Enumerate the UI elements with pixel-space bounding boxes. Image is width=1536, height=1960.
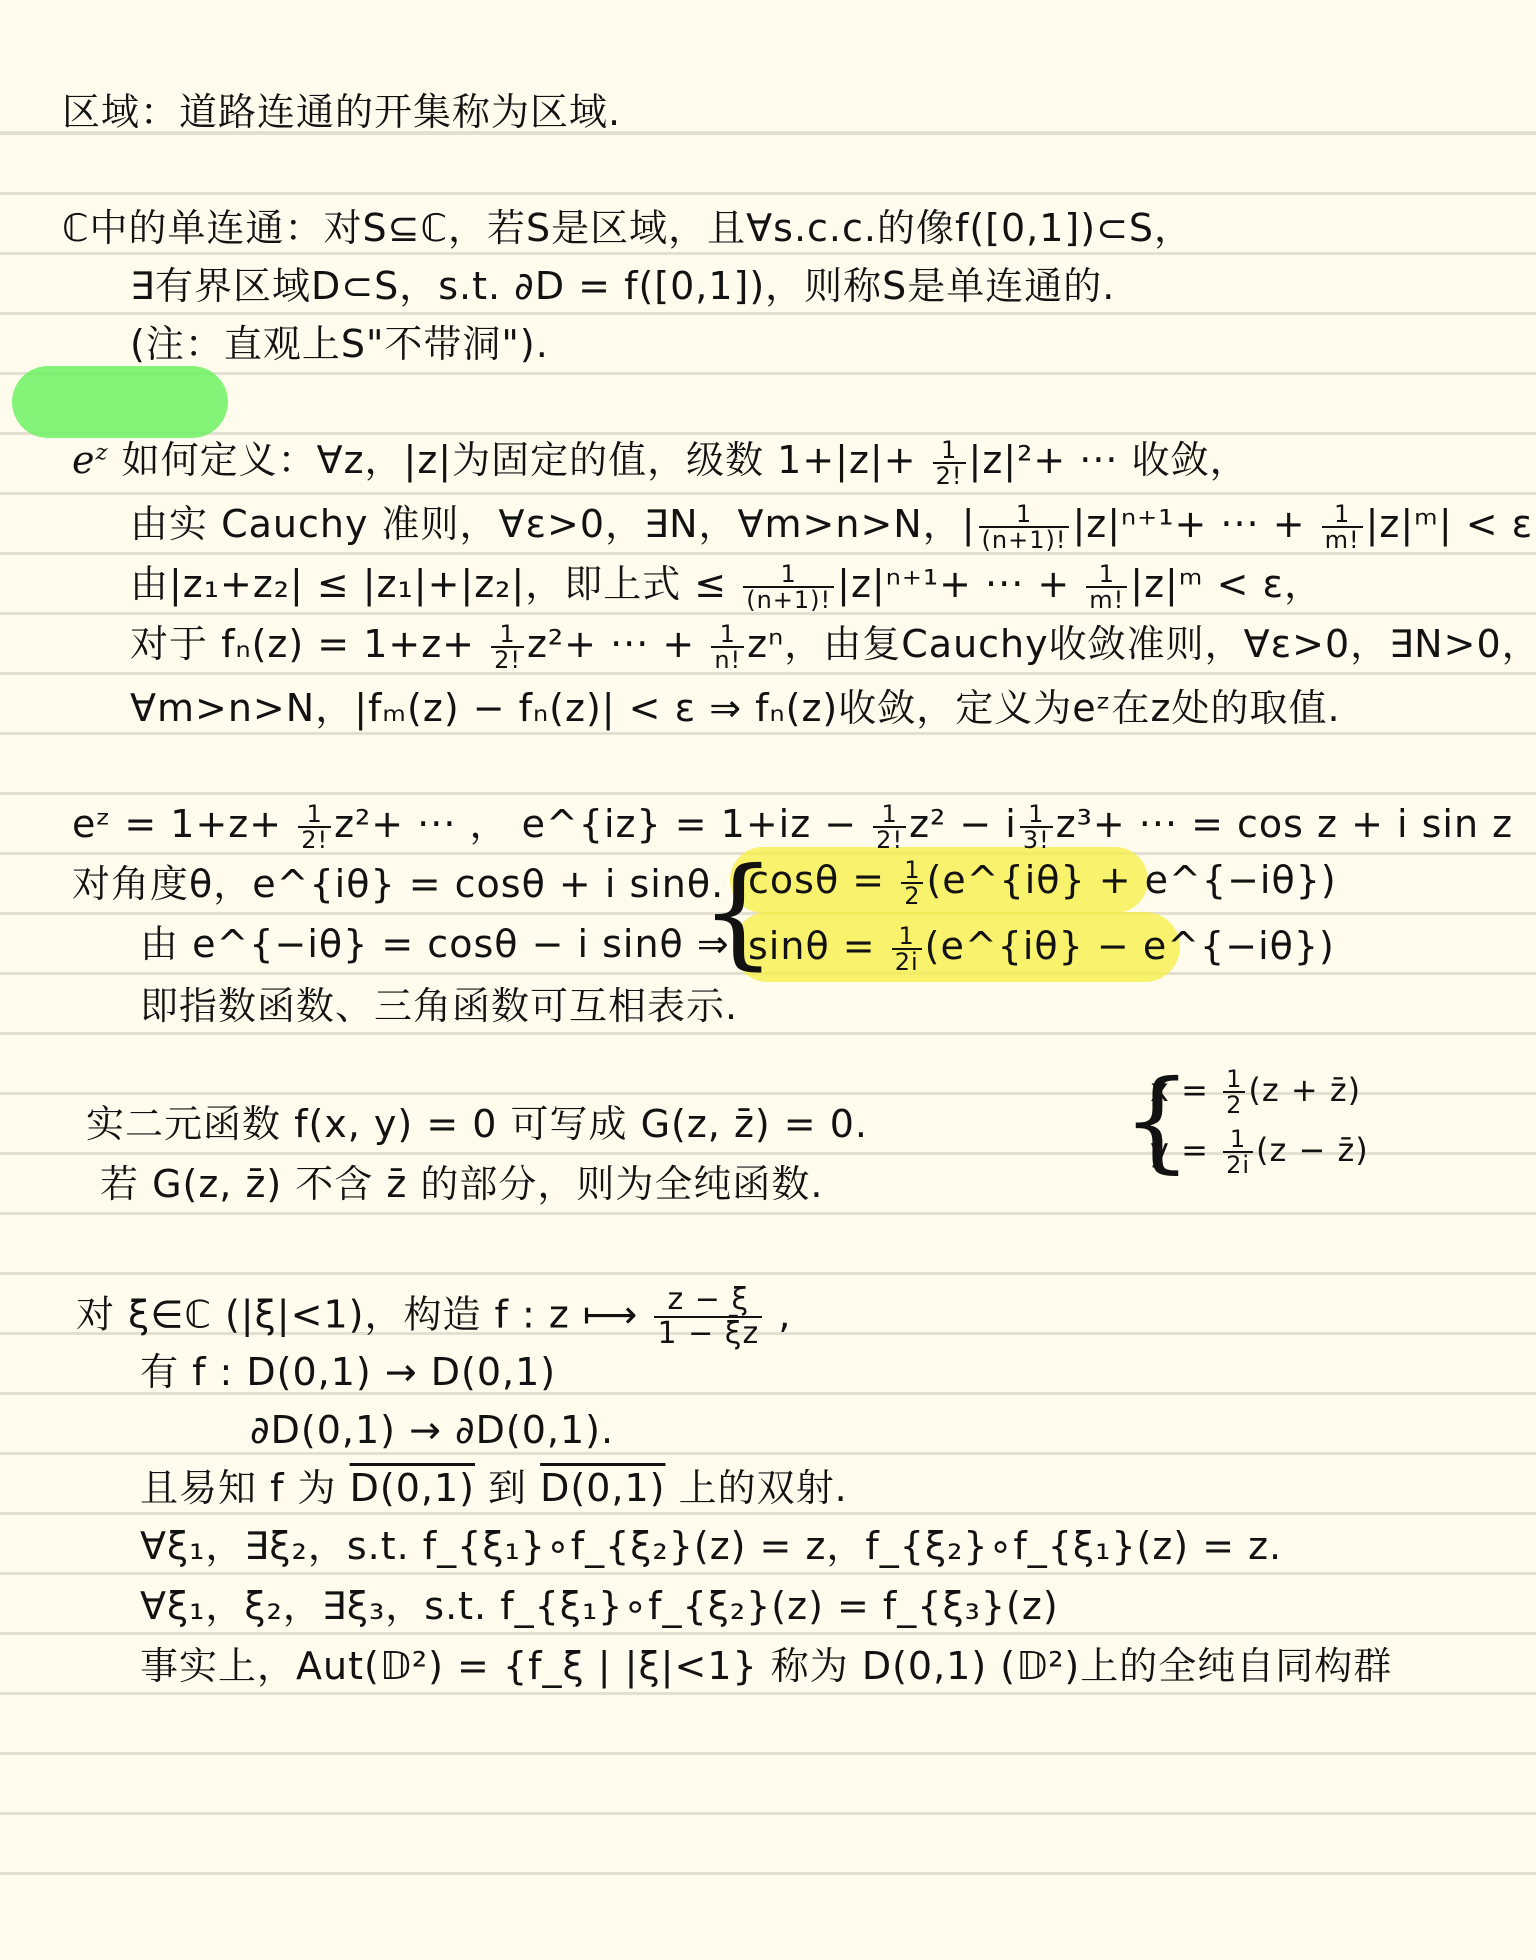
simply-connected-note: (注：直观上S"不带洞"). — [130, 320, 549, 368]
rule-line — [0, 1692, 1536, 1695]
mobius-construct-text: 对 ξ∈ℂ (|ξ|<1)，构造 f : z ⟼ — [76, 1293, 651, 1337]
mobius-line-2: 有 f : D(0,1) → D(0,1) — [140, 1348, 556, 1396]
ez-def-text: 如何定义：∀z，|z|为固定的值，级数 1+|z|+ — [109, 438, 930, 482]
simply-connected-line-1: ℂ中的单连通：对S⊆ℂ，若S是区域，且∀s.c.c.的像f([0,1])⊂S， — [62, 204, 1193, 252]
bijection-text-e: 上的双射. — [665, 1466, 847, 1510]
y-formula: y = 12i(z − z̄) — [1150, 1126, 1369, 1177]
fraction: 1m! — [1086, 562, 1127, 612]
rule-line — [0, 372, 1536, 375]
mobius-line-3: ∂D(0,1) → ∂D(0,1). — [250, 1406, 614, 1454]
green-highlight-marker — [12, 366, 228, 438]
numerator: 1 — [1322, 502, 1363, 528]
bijection-text-a: 且易知 f 为 — [140, 1466, 350, 1510]
cauchy-complex-text: zⁿ，由复Cauchy收敛准则，∀ε>0，∃N>0， — [747, 622, 1536, 666]
denominator: 2i — [892, 950, 922, 974]
numerator: 1 — [298, 802, 331, 828]
euler-line-1: eᶻ = 1+z+ 12!z²+ ··· ， e^{iz} = 1+iz − 1… — [72, 800, 1513, 852]
series-tail: |z|ᵐ| < ε， — [1366, 502, 1536, 546]
mobius-line-7: 事实上，Aut(𝔻²) = {f_ξ | |ξ|<1} 称为 D(0,1) (𝔻… — [140, 1642, 1392, 1690]
rule-line — [0, 492, 1536, 495]
numerator: 1 — [901, 858, 923, 884]
bijection-text-c: 到 — [475, 1466, 540, 1510]
cos-formula: cosθ = 12(e^{iθ} + e^{−iθ}) — [748, 856, 1337, 908]
ez-def-line-5: ∀m>n>N，|fₘ(z) − fₙ(z)| < ε ⇒ fₙ(z)收敛，定义为… — [130, 684, 1341, 732]
denominator: 2i — [1223, 1153, 1253, 1177]
rule-line — [0, 1452, 1536, 1455]
simply-connected-line-2: ∃有界区域D⊂S，s.t. ∂D = f([0,1])，则称S是单连通的. — [130, 262, 1115, 310]
rule-line — [0, 1212, 1536, 1215]
rule-line — [0, 1512, 1536, 1515]
denominator: m! — [1322, 528, 1363, 552]
fraction: 12i — [1223, 1127, 1253, 1177]
denominator: 2! — [933, 464, 966, 488]
ez-def-line-3: 由|z₁+z₂| ≤ |z₁|+|z₂|，即上式 ≤ 1(n+1)!|z|ⁿ⁺¹… — [130, 560, 1323, 612]
rule-line — [0, 252, 1536, 255]
denominator: 2! — [298, 828, 331, 852]
series-middle: z²+ ··· + — [527, 622, 708, 666]
denominator: n! — [711, 648, 744, 672]
mobius-line-4: 且易知 f 为 D(0,1) 到 D(0,1) 上的双射. — [140, 1464, 848, 1512]
rule-line — [0, 312, 1536, 315]
eiz-series-tail: z³+ ··· = cos z + i sin z — [1056, 802, 1513, 846]
denominator: 3! — [1020, 828, 1053, 852]
x-formula: x = 12(z + z̄) — [1150, 1066, 1361, 1117]
numerator: 1 — [1020, 802, 1053, 828]
numerator: 1 — [743, 562, 834, 588]
sin-formula: sinθ = 12i(e^{iθ} − e^{−iθ}) — [748, 922, 1335, 974]
sin-lhs: sinθ = — [748, 924, 889, 968]
rule-line — [0, 1812, 1536, 1815]
fraction: 12! — [491, 622, 524, 672]
fraction: 12 — [901, 858, 923, 908]
real-binary-line-2: 若 G(z, z̄) 不含 z̄ 的部分，则为全纯函数. — [100, 1160, 824, 1208]
fraction: 12! — [873, 802, 906, 852]
denominator: 1 − ξ̄z — [654, 1318, 762, 1350]
cauchy-real-text: 由实 Cauchy 准则，∀ε>0，∃N，∀m>n>N，| — [130, 502, 976, 546]
rule-line — [0, 1032, 1536, 1035]
numerator: 1 — [1086, 562, 1127, 588]
z-superscript: z — [96, 439, 109, 465]
fraction: 12i — [892, 924, 922, 974]
mobius-line-6: ∀ξ₁，ξ₂，∃ξ₃，s.t. f_{ξ₁}∘f_{ξ₂}(z) = f_{ξ₃… — [140, 1582, 1059, 1630]
ez-def-tail: |z|²+ ··· 收敛， — [969, 438, 1249, 482]
eiz-series-mid: z² − i — [909, 802, 1017, 846]
fraction: 1(n+1)! — [743, 562, 834, 612]
y-rhs: (z − z̄) — [1256, 1131, 1369, 1169]
e-symbol: e — [72, 438, 96, 482]
rule-line — [0, 792, 1536, 795]
x-rhs: (z + z̄) — [1248, 1071, 1361, 1109]
sin-rhs: (e^{iθ} − e^{−iθ}) — [925, 924, 1335, 968]
notebook-page: 区域：道路连通的开集称为区域. ℂ中的单连通：对S⊆ℂ，若S是区域，且∀s.c.… — [0, 0, 1536, 1960]
denominator: 2 — [901, 884, 923, 908]
denominator: (n+1)! — [979, 528, 1070, 552]
ez-def-line-2: 由实 Cauchy 准则，∀ε>0，∃N，∀m>n>N，|1(n+1)!|z|ⁿ… — [130, 500, 1536, 552]
numerator: 1 — [933, 438, 966, 464]
mobius-fraction: z − ξ1 − ξ̄z — [654, 1284, 762, 1350]
numerator: 1 — [979, 502, 1070, 528]
fraction: 1m! — [1322, 502, 1363, 552]
rule-line — [0, 1872, 1536, 1875]
rule-line — [0, 1272, 1536, 1275]
rule-line — [0, 192, 1536, 195]
ez-series: eᶻ = 1+z+ — [72, 802, 295, 846]
y-lhs: y = — [1150, 1131, 1220, 1169]
rule-line — [0, 1572, 1536, 1575]
denominator: 2 — [1223, 1093, 1245, 1117]
denominator: 2! — [873, 828, 906, 852]
numerator: 1 — [892, 924, 922, 950]
euler-line-3: 由 e^{−iθ} = cosθ − i sinθ ⇒ — [140, 920, 730, 968]
euler-line-2: 对角度θ，e^{iθ} = cosθ + i sinθ. — [72, 860, 724, 908]
numerator: 1 — [1223, 1067, 1245, 1093]
mobius-line-5: ∀ξ₁，∃ξ₂，s.t. f_{ξ₁}∘f_{ξ₂}(z) = z，f_{ξ₂}… — [140, 1522, 1282, 1570]
fraction: 12! — [298, 802, 331, 852]
rule-line — [0, 1632, 1536, 1635]
euler-line-4: 即指数函数、三角函数可互相表示. — [140, 982, 738, 1030]
ez-def-line-4: 对于 fₙ(z) = 1+z+ 12!z²+ ··· + 1n!zⁿ，由复Cau… — [130, 620, 1536, 672]
numerator: 1 — [1223, 1127, 1253, 1153]
mobius-tail: , — [765, 1293, 791, 1337]
mobius-line-1: 对 ξ∈ℂ (|ξ|<1)，构造 f : z ⟼ z − ξ1 − ξ̄z , — [76, 1284, 791, 1350]
denominator: 2! — [491, 648, 524, 672]
fraction: 12! — [933, 438, 966, 488]
rule-line — [0, 432, 1536, 435]
fraction: 1(n+1)! — [979, 502, 1070, 552]
x-lhs: x = — [1150, 1071, 1220, 1109]
triangle-inequality-text: 由|z₁+z₂| ≤ |z₁|+|z₂|，即上式 ≤ — [130, 562, 740, 606]
rule-line — [0, 672, 1536, 675]
real-binary-line-1: 实二元函数 f(x, y) = 0 可写成 G(z, z̄) = 0. — [86, 1100, 868, 1148]
series-middle: |z|ⁿ⁺¹+ ··· + — [1072, 502, 1318, 546]
rule-line — [0, 1752, 1536, 1755]
closed-disk-1: D(0,1) — [350, 1466, 475, 1510]
numerator: 1 — [873, 802, 906, 828]
numerator: 1 — [711, 622, 744, 648]
numerator: z − ξ — [654, 1284, 762, 1318]
fn-definition-text: 对于 fₙ(z) = 1+z+ — [130, 622, 488, 666]
eiz-series: z²+ ··· ， e^{iz} = 1+iz − — [334, 802, 870, 846]
fraction: 12 — [1223, 1067, 1245, 1117]
denominator: m! — [1086, 588, 1127, 612]
cos-lhs: cosθ = — [748, 858, 898, 902]
fraction: 13! — [1020, 802, 1053, 852]
closed-disk-2: D(0,1) — [540, 1466, 665, 1510]
rule-line — [0, 732, 1536, 735]
series-tail: |z|ᵐ < ε， — [1130, 562, 1323, 606]
cos-rhs: (e^{iθ} + e^{−iθ}) — [926, 858, 1336, 902]
denominator: (n+1)! — [743, 588, 834, 612]
region-definition: 区域：道路连通的开集称为区域. — [62, 88, 621, 136]
numerator: 1 — [491, 622, 524, 648]
rule-line — [0, 552, 1536, 555]
series-middle: |z|ⁿ⁺¹+ ··· + — [837, 562, 1083, 606]
fraction: 1n! — [711, 622, 744, 672]
ez-def-line-1: ez 如何定义：∀z，|z|为固定的值，级数 1+|z|+ 12!|z|²+ ·… — [72, 436, 1249, 488]
